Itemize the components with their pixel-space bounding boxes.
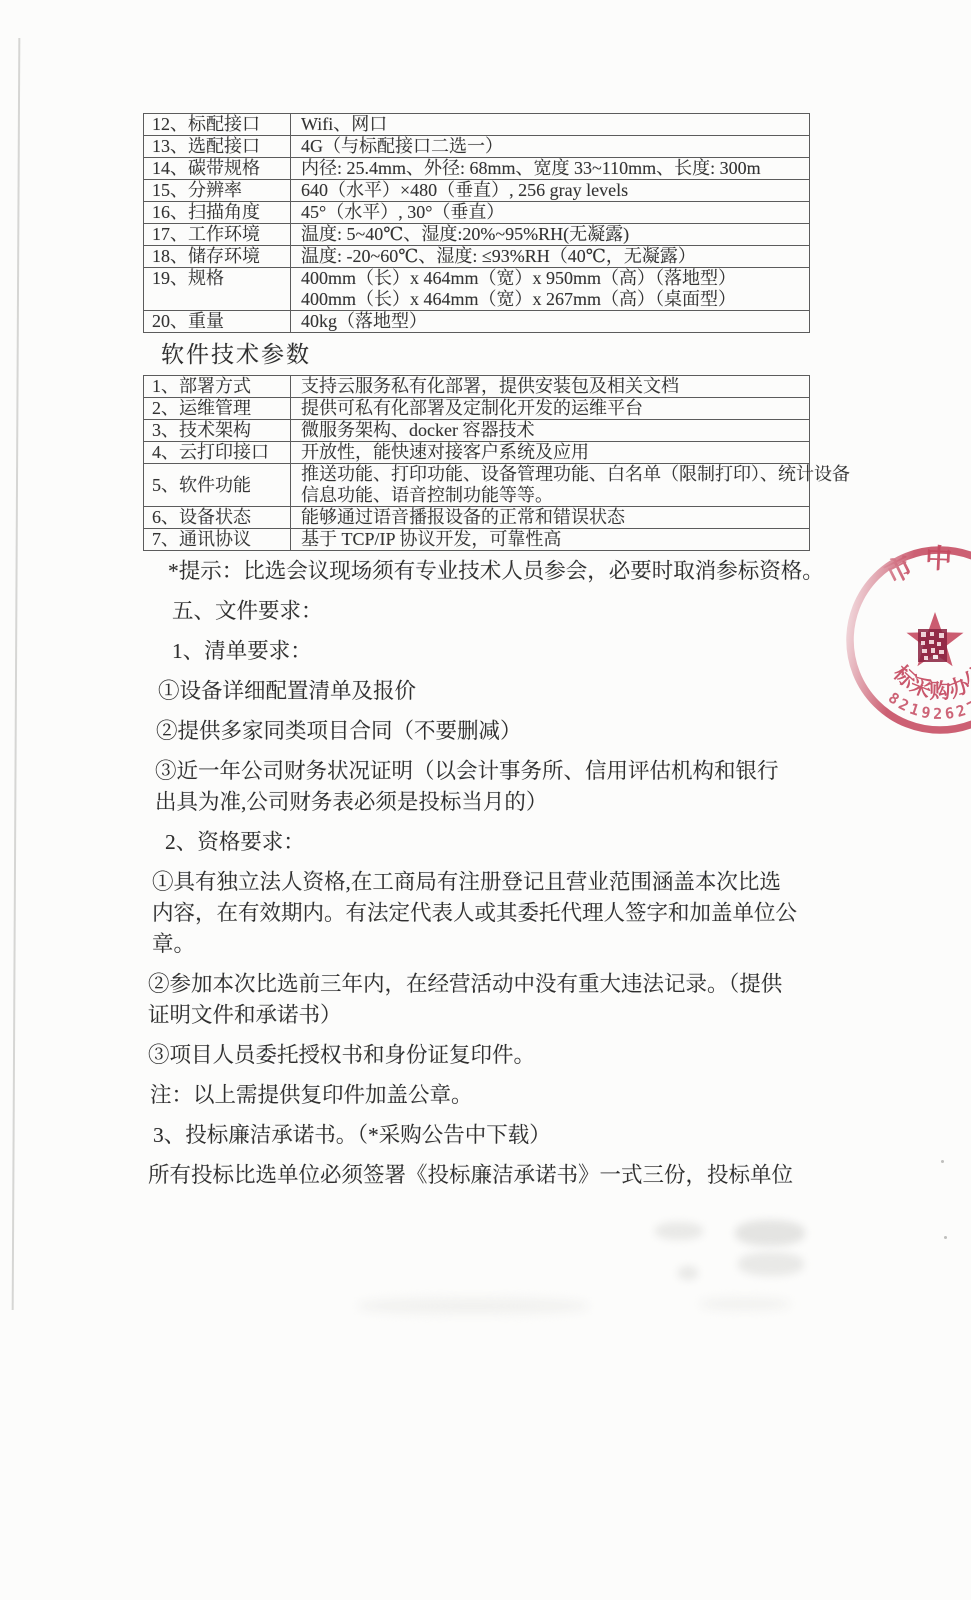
scan-artifact xyxy=(678,1266,698,1280)
spec-value: 内径: 25.4mm、外径: 68mm、宽度 33~110mm、长度: 300m xyxy=(291,158,810,180)
table-row: 18、储存环境 温度: -20~60℃、湿度: ≤93%RH（40℃，无凝露） xyxy=(144,246,810,268)
scan-artifact xyxy=(358,1298,588,1314)
table-row: 16、扫描角度 45°（水平）, 30°（垂直） xyxy=(144,202,810,224)
spec-value: Wifi、网口 xyxy=(291,114,810,136)
list-item: ①设备详细配置清单及报价 xyxy=(148,676,860,707)
spec-value: 开放性，能快速对接客户系统及应用 xyxy=(291,442,810,464)
spec-label: 7、通讯协议 xyxy=(144,529,291,551)
spec-label: 19、规格 xyxy=(144,268,291,311)
list-item: ③项目人员委托授权书和身份证复印件。 xyxy=(148,1040,860,1071)
spec-label: 15、分辨率 xyxy=(144,180,291,202)
document-page: 12、标配接口 Wifi、网口 13、选配接口 4G（与标配接口二选一） 14、… xyxy=(0,0,971,1600)
table-row: 19、规格 400mm（长）x 464mm（宽）x 950mm（高）（落地型） … xyxy=(144,268,810,311)
list-item: ②提供多家同类项目合同（不要删减） xyxy=(148,716,860,747)
software-spec-table: 1、部署方式 支持云服务私有化部署，提供安装包及相关文档 2、运维管理 提供可私… xyxy=(143,375,810,551)
table-row: 1、部署方式 支持云服务私有化部署，提供安装包及相关文档 xyxy=(144,376,810,398)
spec-value: 640（水平）×480（垂直）, 256 gray levels xyxy=(291,180,810,202)
scan-artifact xyxy=(655,1222,703,1240)
table-row: 5、软件功能 推送功能、打印功能、设备管理功能、白名单（限制打印）、统计设备 信… xyxy=(144,464,810,507)
scan-speck xyxy=(941,1160,944,1163)
spec-value: 温度: -20~60℃、湿度: ≤93%RH（40℃，无凝露） xyxy=(291,246,810,268)
table-row: 13、选配接口 4G（与标配接口二选一） xyxy=(144,136,810,158)
scan-edge-line xyxy=(12,38,20,1310)
table-row: 2、运维管理 提供可私有化部署及定制化开发的运维平台 xyxy=(144,398,810,420)
spec-value: 45°（水平）, 30°（垂直） xyxy=(291,202,810,224)
spec-value: 支持云服务私有化部署，提供安装包及相关文档 xyxy=(291,376,810,398)
table-row: 12、标配接口 Wifi、网口 xyxy=(144,114,810,136)
spec-label: 5、软件功能 xyxy=(144,464,291,507)
table-row: 14、碳带规格 内径: 25.4mm、外径: 68mm、宽度 33~110mm、… xyxy=(144,158,810,180)
table-row: 7、通讯协议 基于 TCP/IP 协议开发，可靠性高 xyxy=(144,529,810,551)
section-heading: 软件技术参数 xyxy=(161,336,311,369)
section-5-title: 五、文件要求： xyxy=(148,596,860,627)
spec-value: 推送功能、打印功能、设备管理功能、白名单（限制打印）、统计设备 信息功能、语音控… xyxy=(291,464,810,507)
spec-label: 1、部署方式 xyxy=(144,376,291,398)
table-row: 4、云打印接口 开放性，能快速对接客户系统及应用 xyxy=(144,442,810,464)
spec-value: 40kg（落地型） xyxy=(291,311,810,333)
scan-speck xyxy=(944,1236,947,1239)
spec-label: 14、碳带规格 xyxy=(144,158,291,180)
official-seal-graphic: 市中 标采购办公 82192627 xyxy=(820,520,971,760)
item-3-title: 3、投标廉洁承诺书。（*采购公告中下载） xyxy=(148,1120,860,1151)
spec-value: 能够通过语音播报设备的正常和错误状态 xyxy=(291,507,810,529)
scan-artifact xyxy=(738,1252,804,1276)
spec-label: 17、工作环境 xyxy=(144,224,291,246)
spec-label: 13、选配接口 xyxy=(144,136,291,158)
item-2-title: 2、资格要求： xyxy=(148,827,860,858)
spec-value: 微服务架构、docker 容器技术 xyxy=(291,420,810,442)
seal-qr-code xyxy=(918,629,947,662)
requirements-text: *提示：比选会议现场须有专业技术人员参会，必要时取消参标资格。 五、文件要求： … xyxy=(148,556,860,1200)
scan-artifact xyxy=(735,1220,805,1246)
spec-label: 18、储存环境 xyxy=(144,246,291,268)
list-item: ②参加本次比选前三年内，在经营活动中没有重大违法记录。（提供 证明文件和承诺书） xyxy=(148,969,860,1031)
note-line: *提示：比选会议现场须有专业技术人员参会，必要时取消参标资格。 xyxy=(148,556,860,587)
spec-label: 16、扫描角度 xyxy=(144,202,291,224)
item-1-title: 1、清单要求： xyxy=(148,636,860,667)
table-row: 3、技术架构 微服务架构、docker 容器技术 xyxy=(144,420,810,442)
note-line: 注：以上需提供复印件加盖公章。 xyxy=(148,1080,860,1111)
official-seal: 市中 标采购办公 82192627 xyxy=(820,520,971,760)
spec-label: 12、标配接口 xyxy=(144,114,291,136)
spec-value: 温度: 5~40℃、湿度:20%~95%RH(无凝露) xyxy=(291,224,810,246)
spec-value: 4G（与标配接口二选一） xyxy=(291,136,810,158)
closing-line: 所有投标比选单位必须签署《投标廉洁承诺书》一式三份，投标单位 xyxy=(148,1160,860,1191)
list-item: ①具有独立法人资格,在工商局有注册登记且营业范围涵盖本次比选 内容，在有效期内。… xyxy=(148,867,860,960)
spec-label: 2、运维管理 xyxy=(144,398,291,420)
table-row: 15、分辨率 640（水平）×480（垂直）, 256 gray levels xyxy=(144,180,810,202)
spec-label: 4、云打印接口 xyxy=(144,442,291,464)
spec-label: 20、重量 xyxy=(144,311,291,333)
table-row: 6、设备状态 能够通过语音播报设备的正常和错误状态 xyxy=(144,507,810,529)
spec-label: 6、设备状态 xyxy=(144,507,291,529)
table-row: 20、重量 40kg（落地型） xyxy=(144,311,810,333)
scan-artifact xyxy=(700,1298,790,1310)
list-item: ③近一年公司财务状况证明（以会计事务所、信用评估机构和银行 出具为准,公司财务表… xyxy=(148,756,860,818)
spec-value: 基于 TCP/IP 协议开发，可靠性高 xyxy=(291,529,810,551)
spec-value: 提供可私有化部署及定制化开发的运维平台 xyxy=(291,398,810,420)
hardware-spec-table: 12、标配接口 Wifi、网口 13、选配接口 4G（与标配接口二选一） 14、… xyxy=(143,113,810,333)
spec-value: 400mm（长）x 464mm（宽）x 950mm（高）（落地型） 400mm（… xyxy=(291,268,810,311)
table-row: 17、工作环境 温度: 5~40℃、湿度:20%~95%RH(无凝露) xyxy=(144,224,810,246)
spec-label: 3、技术架构 xyxy=(144,420,291,442)
